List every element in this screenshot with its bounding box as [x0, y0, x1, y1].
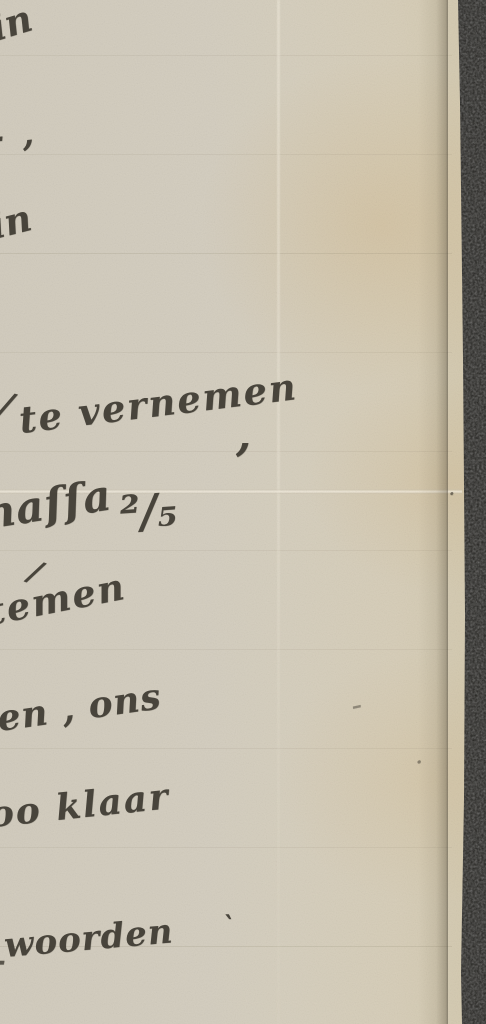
handwriting-fragment-cut-stroke-1: / [0, 384, 17, 425]
paper-edge-shadow [418, 0, 448, 1024]
handwriting-fragment-len-ons: len , ons [0, 675, 164, 742]
ruled-line [0, 847, 452, 848]
handwriting-stray-tick: ˋ [222, 912, 235, 942]
handwriting-fragment-in-1: in [0, 0, 37, 50]
handwriting-fragment-oo-klaar: oo klaar [0, 775, 172, 836]
ruled-line [0, 55, 452, 56]
manuscript-page: in - , in / te vernemen , naſſa ²/₅ / te… [0, 0, 466, 1024]
handwriting-fragment-temen: temen [0, 564, 130, 634]
ruled-line [0, 748, 452, 749]
handwriting-stray-dot-1: · [416, 752, 422, 773]
handwriting-stray-dash: – [349, 692, 364, 718]
manuscript-scan: in - , in / te vernemen , naſſa ²/₅ / te… [0, 0, 486, 1024]
ruled-line [0, 154, 452, 155]
ruled-line [0, 649, 452, 650]
handwriting-fragment-comma: , [236, 410, 251, 461]
ruled-line [0, 550, 452, 551]
ruled-line [0, 451, 452, 452]
handwriting-stray-dot-2: · [449, 484, 455, 503]
ruled-line [0, 253, 452, 254]
handwriting-fragment-stroke-comma: - , [0, 113, 39, 158]
handwriting-fragment-in-2: in [0, 195, 36, 248]
handwriting-fragment-te-vernemen: te vernemen [17, 364, 300, 442]
ruled-line [0, 352, 452, 353]
handwriting-fragment-woorden: woorden [3, 911, 176, 966]
vertical-crease [277, 0, 280, 1024]
handwriting-fragment-cut-stroke-2: - [0, 944, 6, 977]
handwriting-fragment-nassa: naſſa [0, 470, 115, 540]
handwriting-fragment-fraction-2-5: ²/₅ [118, 482, 179, 540]
